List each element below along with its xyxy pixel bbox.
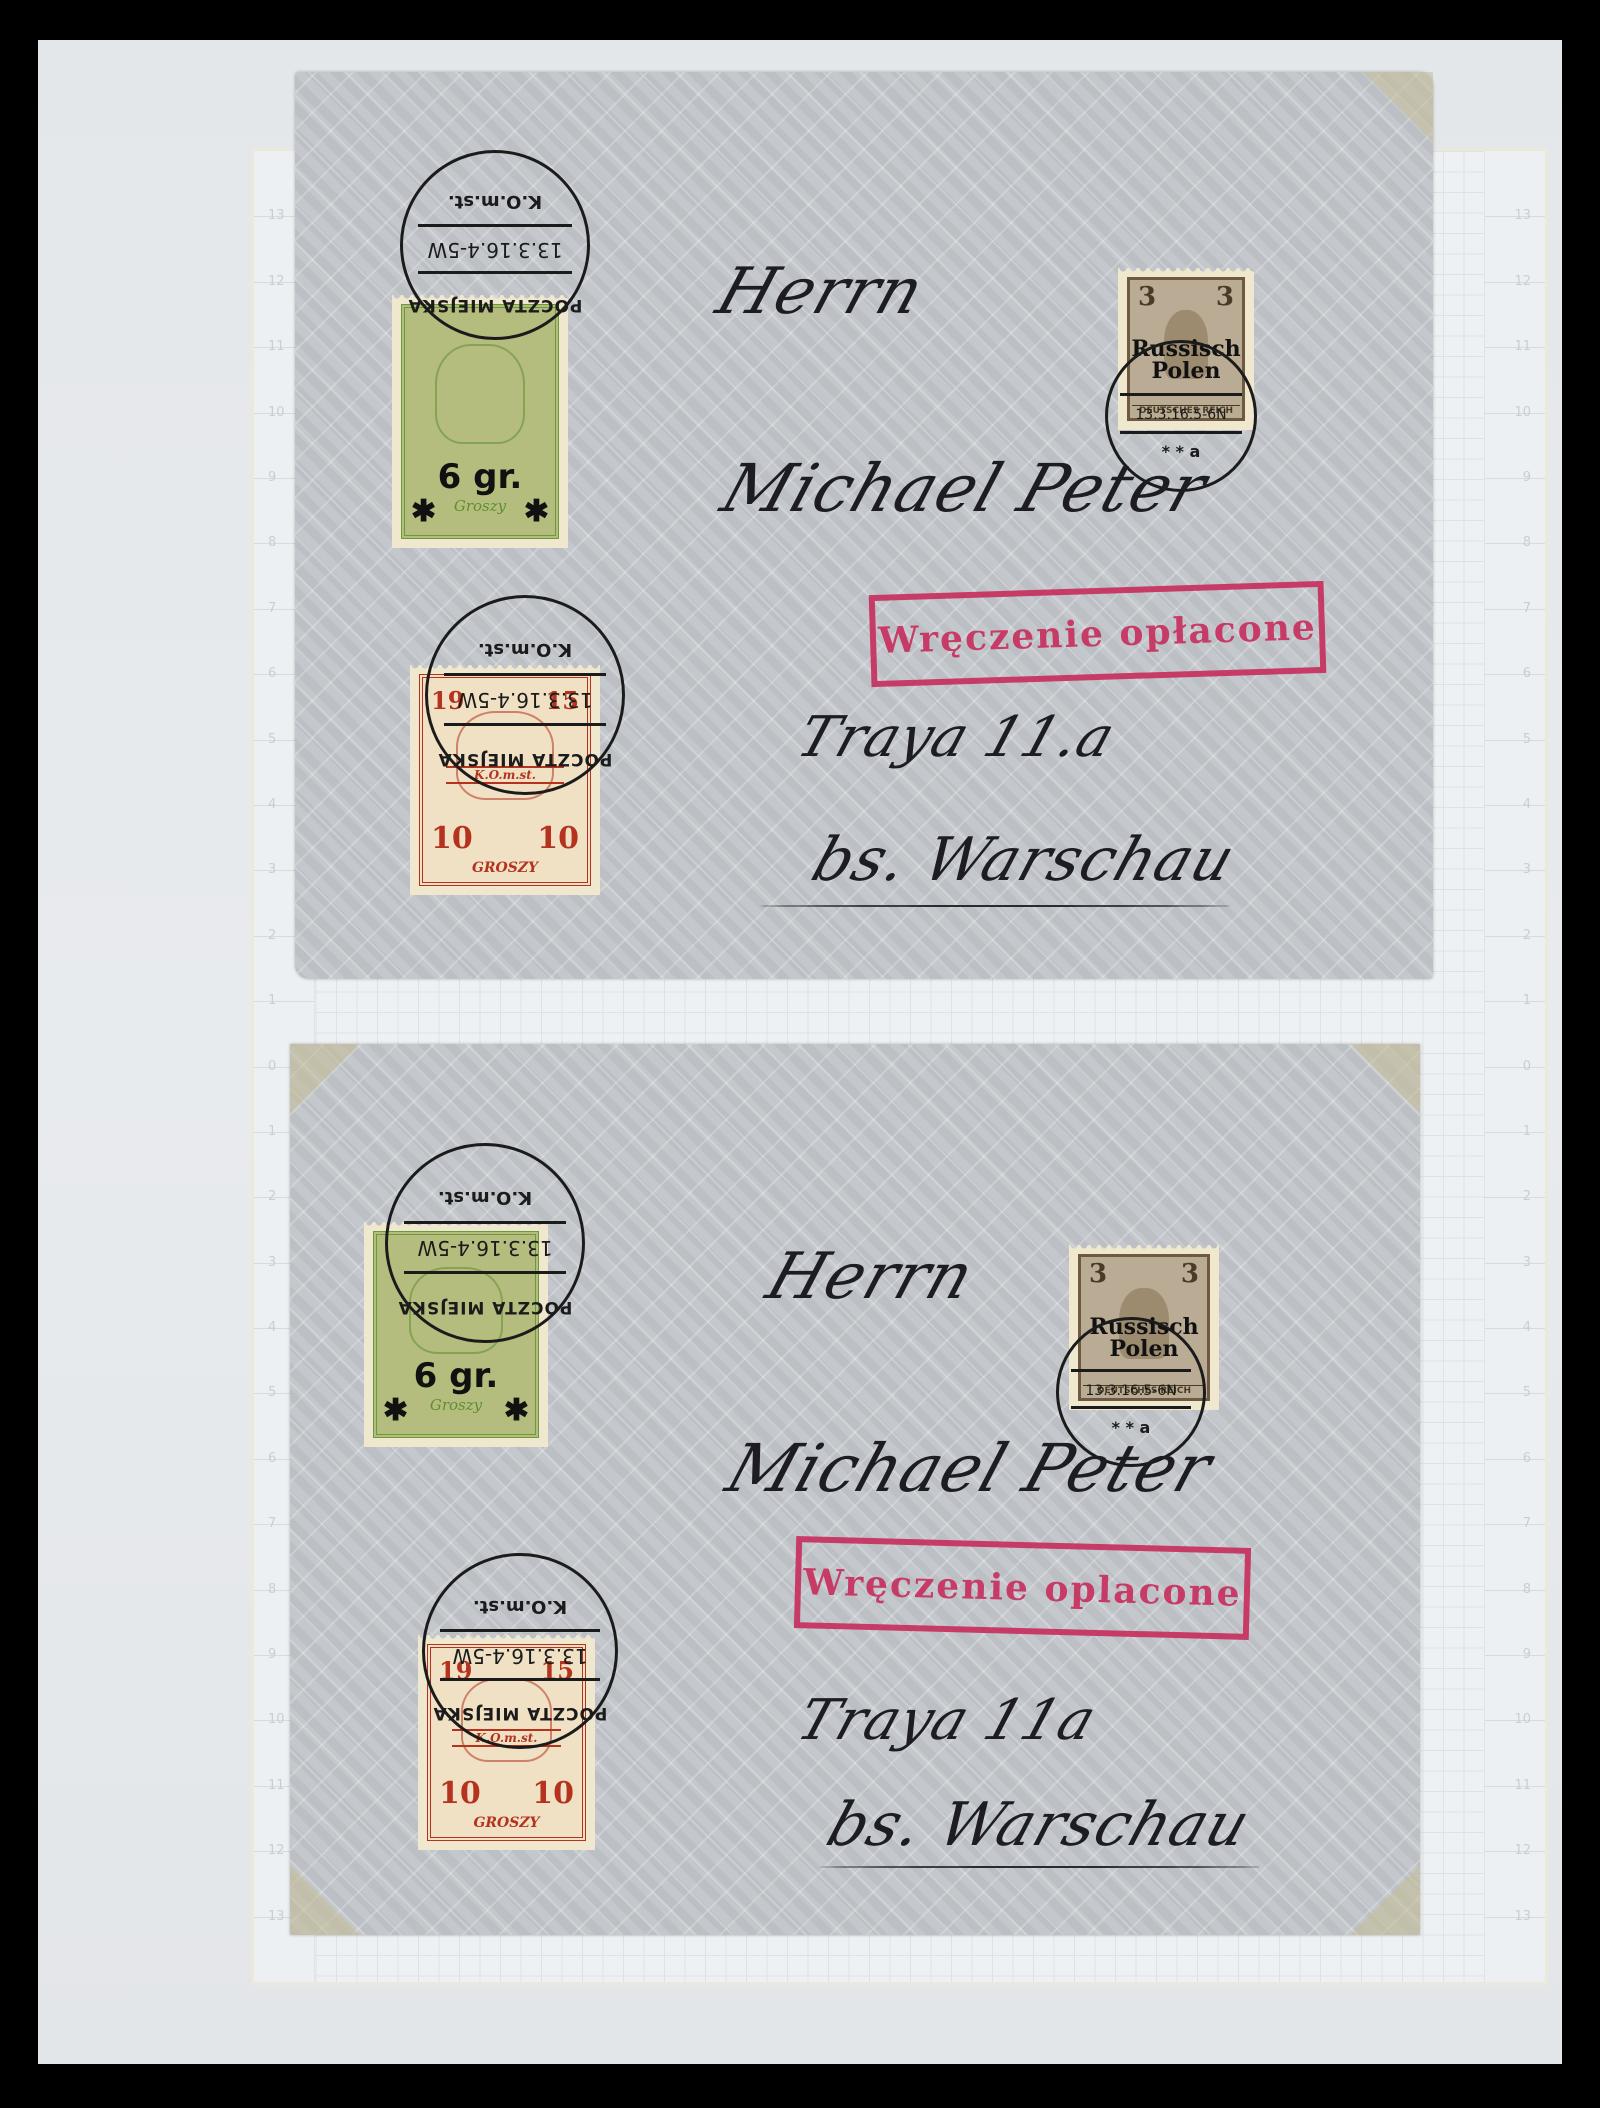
ruler-tick: 2 [1485,936,1545,937]
surcharge-text: 6 gr. [405,457,555,497]
delivery-paid-cachet: Wręczenie opłacone [869,581,1327,687]
surcharge-text: 6 gr. [377,1356,535,1396]
photo-corner-mount [290,1865,360,1935]
ruler-tick: 1 [254,1001,314,1002]
ruler-tick: 2 [1485,1197,1545,1198]
address-street: Traya 11.a [789,705,1123,770]
ruler-tick: 10 [1485,1720,1545,1721]
ruler-tick: 3 [1485,1263,1545,1264]
ruler-tick: 11 [1485,1786,1545,1787]
ruler-tick: 9 [1485,1655,1545,1656]
ruler-tick: 4 [1485,805,1545,806]
right-ruler: 13121110987654321012345678910111213 [1484,151,1545,1982]
ruler-tick: 12 [1485,1851,1545,1852]
ruler-tick: 12 [1485,282,1545,283]
address-salutation: Herrn [758,1240,983,1314]
address-city: bs. Warschau [819,1790,1259,1860]
ruler-tick: 0 [1485,1067,1545,1068]
ruler-tick: 5 [1485,740,1545,741]
ruler-tick: 8 [1485,1590,1545,1591]
rosette-icon: ✱ [411,494,436,529]
photo-corner-mount [1350,1044,1420,1114]
ruler-tick: 3 [1485,870,1545,871]
ruler-tick: 5 [1485,1393,1545,1394]
ruler-tick: 1 [1485,1132,1545,1133]
address-salutation: Herrn [708,255,933,329]
delivery-paid-cachet: Wręczenie oplacone [794,1536,1251,1640]
ruler-tick: 13 [1485,216,1545,217]
postmark-poczta-miejska: POCZTA MIEJSKA 13.3.16.4-5W K.O.m.st. [385,1143,585,1343]
ruler-tick: 6 [1485,1459,1545,1460]
ruler-tick: 1 [1485,1001,1545,1002]
photo-corner-mount [1363,72,1433,142]
ruler-tick: 9 [1485,478,1545,479]
ruler-tick: 4 [1485,1328,1545,1329]
rosette-icon: ✱ [504,1393,529,1428]
photo-corner-mount [290,1044,360,1114]
ruler-tick: 11 [1485,347,1545,348]
address-city: bs. Warschau [804,825,1244,895]
ruler-tick: 7 [1485,1524,1545,1525]
postmark-poczta-miejska: POCZTA MIEJSKA 13.3.16.4-5W K.O.m.st. [425,595,625,795]
address-street: Traya 11a [789,1688,1104,1753]
ruler-tick: 7 [1485,609,1545,610]
ruler-tick: 6 [1485,674,1545,675]
postmark-poczta-miejska: POCZTA MIEJSKA 13.3.16.4-5W K.O.m.st. [400,150,590,340]
ruler-tick: 10 [1485,413,1545,414]
rosette-icon: ✱ [383,1393,408,1428]
postmark-poczta-miejska: POCZTA MIEJSKA 13.3.16.4-5W K.O.m.st. [422,1553,618,1749]
address-underline [820,1866,1260,1868]
ruler-tick: 8 [1485,543,1545,544]
address-name: Michael Peter [717,1430,1221,1507]
ruler-tick: 13 [1485,1917,1545,1918]
rosette-icon: ✱ [524,494,549,529]
address-name: Michael Peter [712,450,1216,527]
address-underline [760,905,1230,907]
photo-corner-mount [1350,1865,1420,1935]
crest-design [435,344,525,443]
